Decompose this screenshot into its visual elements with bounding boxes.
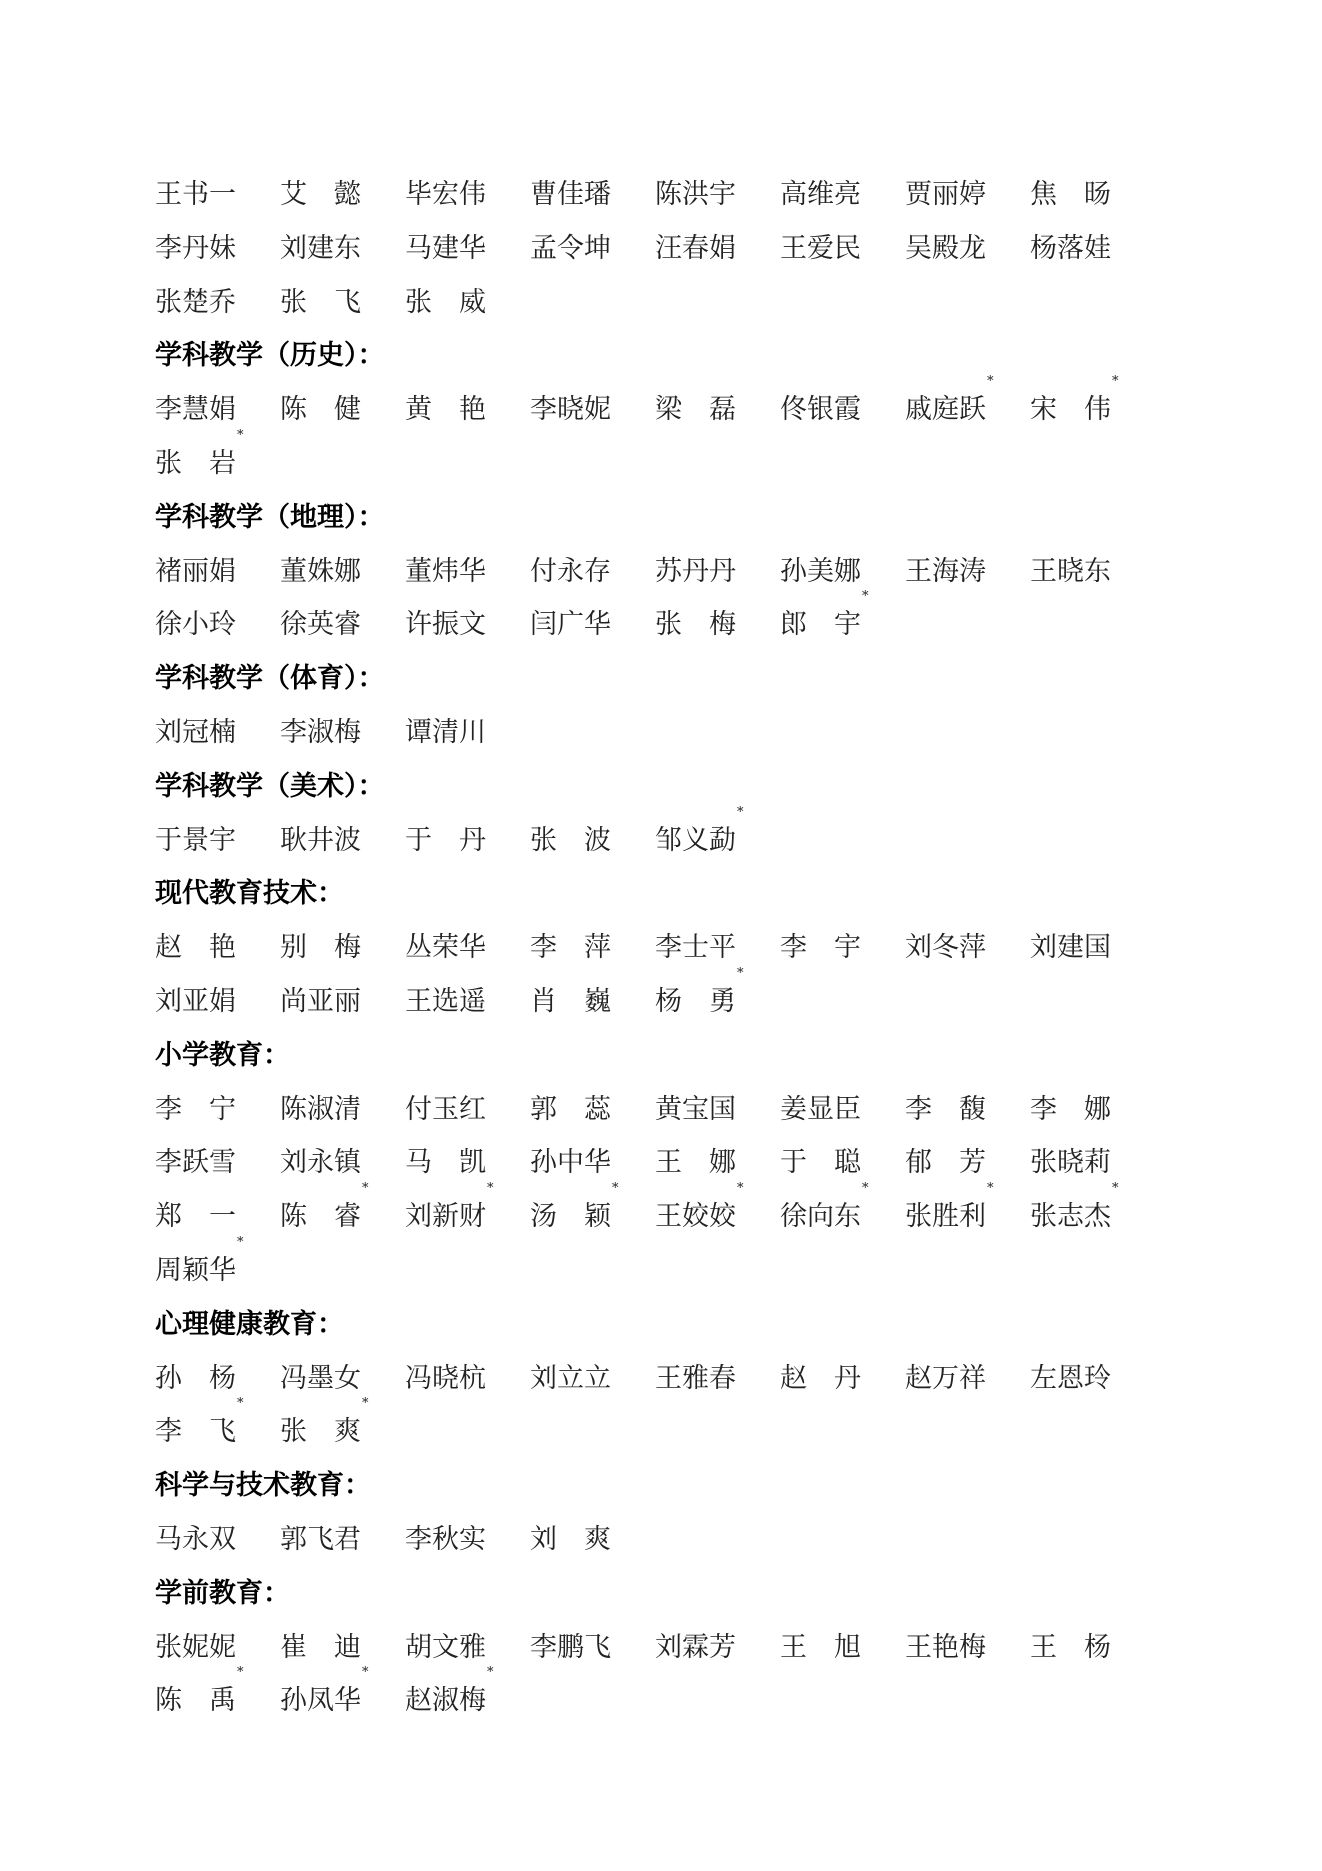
asterisk-mark: * xyxy=(237,1666,244,1679)
section-heading: 心理健康教育： xyxy=(155,1298,1215,1352)
person-name: 毕宏伟 xyxy=(405,168,530,222)
section-heading: 学科教学（历史）： xyxy=(155,329,1215,383)
person-name: 付永存 xyxy=(530,545,655,599)
asterisk-mark: * xyxy=(237,1236,244,1249)
name-row: 张楚乔张飞张威 xyxy=(155,276,1215,330)
person-name: 王艳梅 xyxy=(905,1621,1030,1675)
person-name: 张威 xyxy=(405,276,530,330)
person-name: 于丹 xyxy=(405,814,530,868)
person-name: 崔迪 xyxy=(280,1621,405,1675)
person-name: 李宁 xyxy=(155,1083,280,1137)
name-row: 刘亚娟尚亚丽王选遥肖巍杨勇* xyxy=(155,975,1215,1029)
person-name: 陈禹* xyxy=(155,1674,280,1728)
person-name: 褚丽娟 xyxy=(155,545,280,599)
person-name: 王旭 xyxy=(780,1621,905,1675)
person-name: 张爽* xyxy=(280,1405,405,1459)
person-name: 王雅春 xyxy=(655,1352,780,1406)
person-name: 王杨 xyxy=(1030,1621,1155,1675)
person-name: 宋伟* xyxy=(1030,383,1155,437)
name-row: 李飞*张爽* xyxy=(155,1405,1215,1459)
person-name: 胡文雅 xyxy=(405,1621,530,1675)
name-row: 赵艳别梅丛荣华李萍李士平李宇刘冬萍刘建国 xyxy=(155,921,1215,975)
person-name: 刘建东 xyxy=(280,222,405,276)
person-name: 刘冬萍 xyxy=(905,921,1030,975)
person-name: 冯墨女 xyxy=(280,1352,405,1406)
asterisk-mark: * xyxy=(362,1397,369,1410)
asterisk-mark: * xyxy=(1112,375,1119,388)
asterisk-mark: * xyxy=(362,1666,369,1679)
name-row: 马永双郭飞君李秋实刘爽 xyxy=(155,1513,1215,1567)
section-heading: 小学教育： xyxy=(155,1029,1215,1083)
person-name: 艾懿 xyxy=(280,168,405,222)
name-row: 张岩* xyxy=(155,437,1215,491)
person-name: 董姝娜 xyxy=(280,545,405,599)
person-name: 陈健 xyxy=(280,383,405,437)
section-heading: 学科教学（美术）： xyxy=(155,760,1215,814)
person-name: 李宇 xyxy=(780,921,905,975)
person-name: 陈睿* xyxy=(280,1190,405,1244)
name-row: 褚丽娟董姝娜董炜华付永存苏丹丹孙美娜王海涛王晓东 xyxy=(155,545,1215,599)
person-name: 张妮妮 xyxy=(155,1621,280,1675)
person-name: 曹佳璠 xyxy=(530,168,655,222)
section-heading: 学科教学（地理）： xyxy=(155,491,1215,545)
person-name: 丛荣华 xyxy=(405,921,530,975)
person-name: 肖巍 xyxy=(530,975,655,1029)
person-name: 李淑梅 xyxy=(280,706,405,760)
person-name: 佟银霞 xyxy=(780,383,905,437)
person-name: 李鹏飞 xyxy=(530,1621,655,1675)
person-name: 马凯 xyxy=(405,1136,530,1190)
person-name: 王娜 xyxy=(655,1136,780,1190)
name-row: 周颖华* xyxy=(155,1244,1215,1298)
person-name: 刘爽 xyxy=(530,1513,655,1567)
person-name: 许振文 xyxy=(405,598,530,652)
person-name: 刘冠楠 xyxy=(155,706,280,760)
asterisk-mark: * xyxy=(737,967,744,980)
asterisk-mark: * xyxy=(487,1666,494,1679)
person-name: 苏丹丹 xyxy=(655,545,780,599)
person-name: 姜显臣 xyxy=(780,1083,905,1137)
person-name: 于聪 xyxy=(780,1136,905,1190)
person-name: 王晓东 xyxy=(1030,545,1155,599)
person-name: 李士平 xyxy=(655,921,780,975)
person-name: 赵艳 xyxy=(155,921,280,975)
name-row: 郑一陈睿*刘新财*汤颖*王姣姣*徐向东*张胜利*张志杰* xyxy=(155,1190,1215,1244)
person-name: 张飞 xyxy=(280,276,405,330)
person-name: 黄艳 xyxy=(405,383,530,437)
asterisk-mark: * xyxy=(362,1182,369,1195)
person-name: 董炜华 xyxy=(405,545,530,599)
person-name: 孙杨 xyxy=(155,1352,280,1406)
person-name: 马永双 xyxy=(155,1513,280,1567)
person-name: 李萍 xyxy=(530,921,655,975)
name-row: 王书一艾懿毕宏伟曹佳璠陈洪宇高维亮贾丽婷焦旸 xyxy=(155,168,1215,222)
person-name: 尚亚丽 xyxy=(280,975,405,1029)
asterisk-mark: * xyxy=(862,590,869,603)
asterisk-mark: * xyxy=(237,429,244,442)
asterisk-mark: * xyxy=(862,1182,869,1195)
person-name: 孙凤华* xyxy=(280,1674,405,1728)
person-name: 付玉红 xyxy=(405,1083,530,1137)
person-name: 汪春娟 xyxy=(655,222,780,276)
person-name: 郑一 xyxy=(155,1190,280,1244)
person-name: 孙中华 xyxy=(530,1136,655,1190)
person-name: 李跃雪 xyxy=(155,1136,280,1190)
person-name: 陈淑清 xyxy=(280,1083,405,1137)
person-name: 郭飞君 xyxy=(280,1513,405,1567)
person-name: 王书一 xyxy=(155,168,280,222)
person-name: 郭蕊 xyxy=(530,1083,655,1137)
asterisk-mark: * xyxy=(237,1397,244,1410)
person-name: 邹义勐* xyxy=(655,814,780,868)
person-name: 孟令坤 xyxy=(530,222,655,276)
person-name: 张岩* xyxy=(155,437,280,491)
person-name: 冯晓杭 xyxy=(405,1352,530,1406)
person-name: 赵丹 xyxy=(780,1352,905,1406)
person-name: 郎宇* xyxy=(780,598,905,652)
person-name: 李丹妹 xyxy=(155,222,280,276)
name-row: 李宁陈淑清付玉红郭蕊黄宝国姜显臣李馥李娜 xyxy=(155,1083,1215,1137)
asterisk-mark: * xyxy=(487,1182,494,1195)
person-name: 李娜 xyxy=(1030,1083,1155,1137)
person-name: 刘永镇 xyxy=(280,1136,405,1190)
name-row: 张妮妮崔迪胡文雅李鹏飞刘霖芳王旭王艳梅王杨 xyxy=(155,1621,1215,1675)
person-name: 王姣姣* xyxy=(655,1190,780,1244)
asterisk-mark: * xyxy=(737,806,744,819)
person-name: 张梅 xyxy=(655,598,780,652)
person-name: 李秋实 xyxy=(405,1513,530,1567)
person-name: 李飞* xyxy=(155,1405,280,1459)
person-name: 左恩玲 xyxy=(1030,1352,1155,1406)
person-name: 孙美娜 xyxy=(780,545,905,599)
section-heading: 学前教育： xyxy=(155,1567,1215,1621)
name-row: 徐小玲徐英睿许振文闫广华张梅郎宇* xyxy=(155,598,1215,652)
name-row: 李丹妹刘建东马建华孟令坤汪春娟王爱民吴殿龙杨落娃 xyxy=(155,222,1215,276)
person-name: 杨勇* xyxy=(655,975,780,1029)
asterisk-mark: * xyxy=(737,1182,744,1195)
person-name: 戚庭跃* xyxy=(905,383,1030,437)
person-name: 马建华 xyxy=(405,222,530,276)
asterisk-mark: * xyxy=(612,1182,619,1195)
person-name: 赵万祥 xyxy=(905,1352,1030,1406)
person-name: 王选遥 xyxy=(405,975,530,1029)
person-name: 刘霖芳 xyxy=(655,1621,780,1675)
person-name: 吴殿龙 xyxy=(905,222,1030,276)
person-name: 刘亚娟 xyxy=(155,975,280,1029)
person-name: 耿井波 xyxy=(280,814,405,868)
person-name: 张楚乔 xyxy=(155,276,280,330)
name-row: 李跃雪刘永镇马凯孙中华王娜于聪郁芳张晓莉 xyxy=(155,1136,1215,1190)
asterisk-mark: * xyxy=(987,375,994,388)
name-list-document: 王书一艾懿毕宏伟曹佳璠陈洪宇高维亮贾丽婷焦旸李丹妹刘建东马建华孟令坤汪春娟王爱民… xyxy=(155,168,1215,1728)
person-name: 于景宇 xyxy=(155,814,280,868)
person-name: 张波 xyxy=(530,814,655,868)
person-name: 汤颖* xyxy=(530,1190,655,1244)
person-name: 王爱民 xyxy=(780,222,905,276)
person-name: 徐小玲 xyxy=(155,598,280,652)
person-name: 黄宝国 xyxy=(655,1083,780,1137)
person-name: 刘新财* xyxy=(405,1190,530,1244)
section-heading: 现代教育技术： xyxy=(155,867,1215,921)
person-name: 杨落娃 xyxy=(1030,222,1155,276)
section-heading: 学科教学（体育）： xyxy=(155,652,1215,706)
person-name: 张晓莉 xyxy=(1030,1136,1155,1190)
asterisk-mark: * xyxy=(987,1182,994,1195)
person-name: 别梅 xyxy=(280,921,405,975)
person-name: 梁磊 xyxy=(655,383,780,437)
name-row: 孙杨冯墨女冯晓杭刘立立王雅春赵丹赵万祥左恩玲 xyxy=(155,1352,1215,1406)
person-name: 周颖华* xyxy=(155,1244,280,1298)
person-name: 陈洪宇 xyxy=(655,168,780,222)
person-name: 赵淑梅* xyxy=(405,1674,530,1728)
name-row: 李慧娟陈健黄艳李晓妮梁磊佟银霞戚庭跃*宋伟* xyxy=(155,383,1215,437)
name-row: 于景宇耿井波于丹张波邹义勐* xyxy=(155,814,1215,868)
person-name: 谭清川 xyxy=(405,706,530,760)
section-heading: 科学与技术教育： xyxy=(155,1459,1215,1513)
asterisk-mark: * xyxy=(1112,1182,1119,1195)
name-row: 陈禹*孙凤华*赵淑梅* xyxy=(155,1674,1215,1728)
person-name: 徐向东* xyxy=(780,1190,905,1244)
person-name: 徐英睿 xyxy=(280,598,405,652)
person-name: 王海涛 xyxy=(905,545,1030,599)
person-name: 贾丽婷 xyxy=(905,168,1030,222)
person-name: 张胜利* xyxy=(905,1190,1030,1244)
person-name: 闫广华 xyxy=(530,598,655,652)
person-name: 高维亮 xyxy=(780,168,905,222)
person-name: 焦旸 xyxy=(1030,168,1155,222)
person-name: 李馥 xyxy=(905,1083,1030,1137)
person-name: 李慧娟 xyxy=(155,383,280,437)
name-row: 刘冠楠李淑梅谭清川 xyxy=(155,706,1215,760)
person-name: 刘立立 xyxy=(530,1352,655,1406)
person-name: 郁芳 xyxy=(905,1136,1030,1190)
person-name: 李晓妮 xyxy=(530,383,655,437)
person-name: 张志杰* xyxy=(1030,1190,1155,1244)
person-name: 刘建国 xyxy=(1030,921,1155,975)
